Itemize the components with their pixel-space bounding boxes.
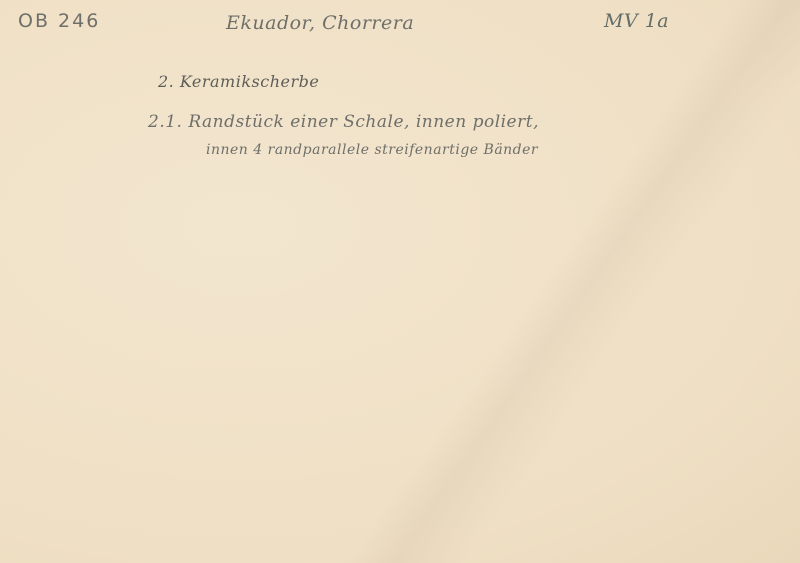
index-card: OB 246 Ekuador, Chorrera MV 1a 2. Kerami… [0, 0, 800, 563]
reference-code: MV 1a [604, 10, 669, 32]
catalog-id: OB 246 [18, 10, 100, 32]
section-heading: 2. Keramikscherbe [158, 72, 319, 91]
entry-line-1: 2.1. Randstück einer Schale, innen polie… [148, 112, 539, 132]
site-location: Ekuador, Chorrera [226, 12, 414, 34]
entry-line-2: innen 4 randparallele streifenartige Bän… [206, 142, 538, 158]
